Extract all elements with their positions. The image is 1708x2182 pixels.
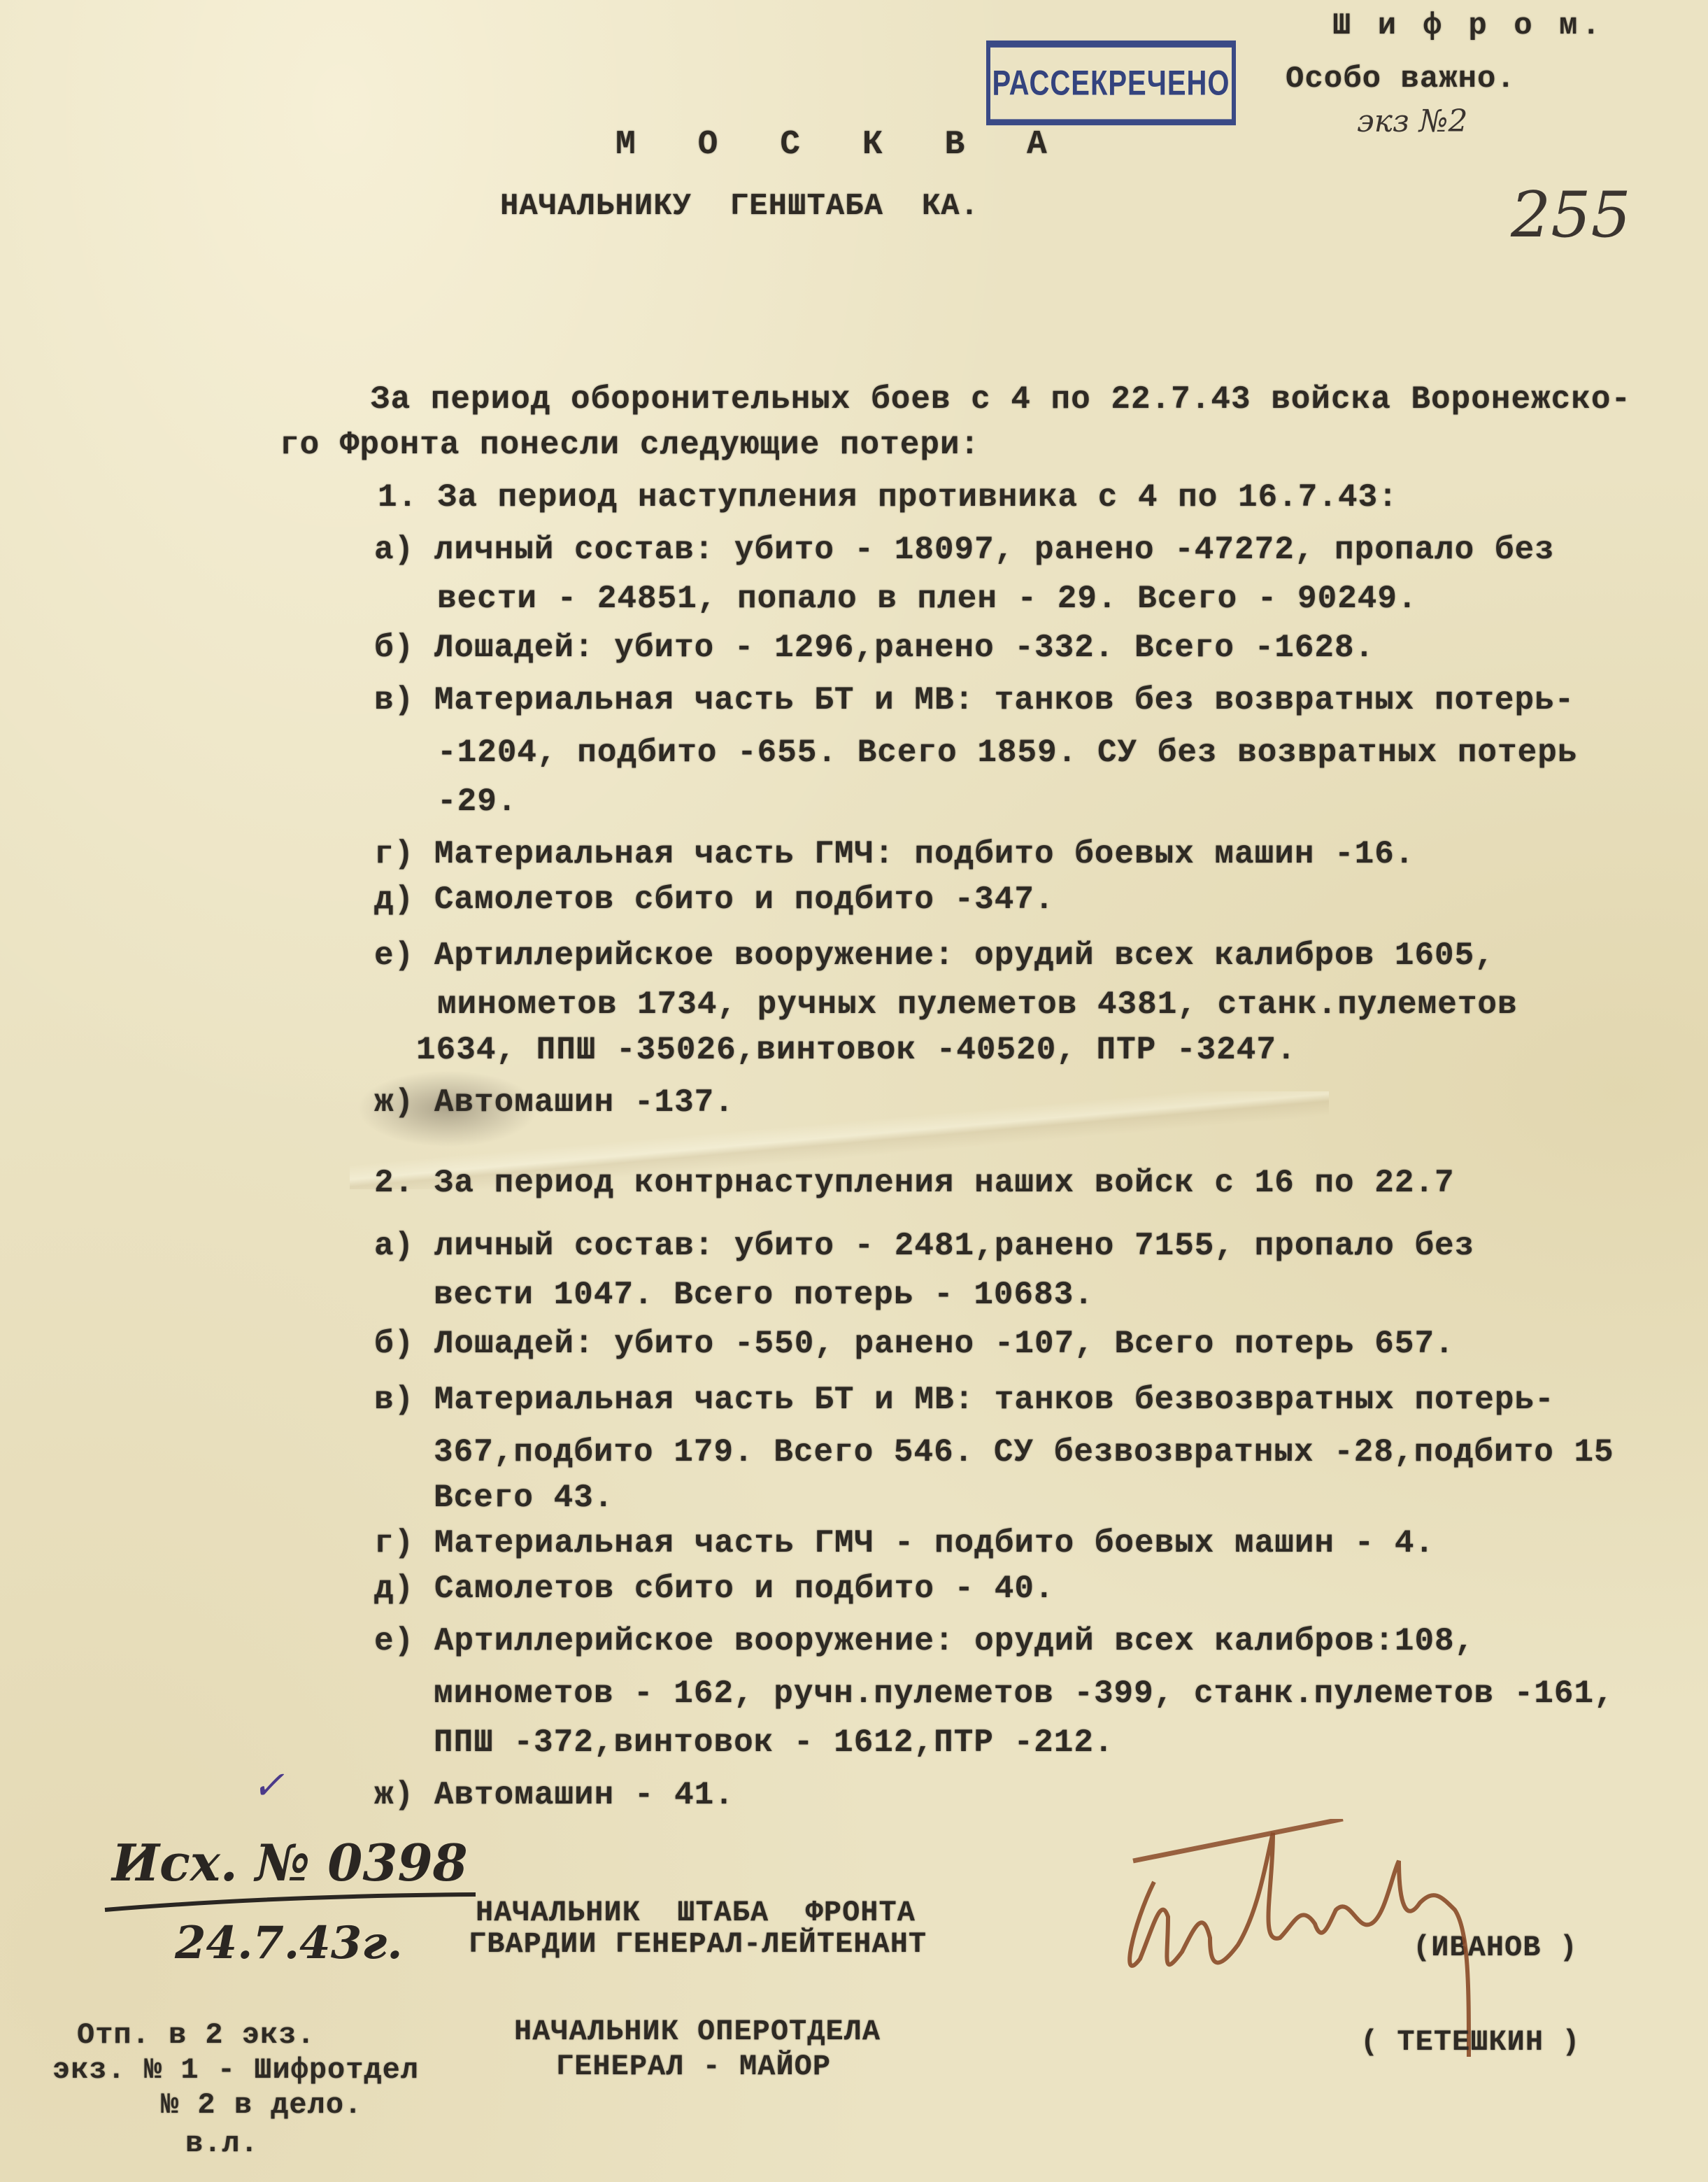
- s1-item-f-cont-2: 1634, ППШ -35026,винтовок -40520, ПТР -3…: [416, 1032, 1297, 1068]
- signer-1-title-1: НАЧАЛЬНИК ШТАБА ФРОНТА: [476, 1896, 916, 1929]
- signer-2-name: ( ТЕТЕШКИН ): [1360, 2025, 1580, 2059]
- signer-1-title-2: ГВАРДИИ ГЕНЕРАЛ-ЛЕЙТЕНАНТ: [469, 1927, 927, 1961]
- s2-item-f-cont-1: минометов - 162, ручн.пулеметов -399, ст…: [434, 1676, 1614, 1712]
- intro-line-1: За период оборонительных боев с 4 по 22.…: [371, 381, 1631, 418]
- classification-importance: Особо важно.: [1286, 62, 1516, 97]
- s2-item-d: г) Материальная часть ГМЧ - подбито боев…: [374, 1525, 1435, 1561]
- distribution-line-4: в.л.: [185, 2127, 259, 2160]
- s2-item-c: в) Материальная часть БТ и МВ: танков бе…: [374, 1382, 1555, 1418]
- signer-2-title-1: НАЧАЛЬНИК ОПЕРОТДЕЛА: [514, 2015, 881, 2048]
- copy-note: экз №2: [1357, 104, 1468, 139]
- s2-item-c-cont-2: Всего 43.: [434, 1480, 613, 1516]
- city-heading: М О С К В А: [615, 126, 1068, 164]
- s2-item-f: е) Артиллерийское вооружение: орудий все…: [374, 1623, 1474, 1659]
- s2-item-c-cont-1: 367,подбито 179. Всего 546. СУ безвозвра…: [434, 1434, 1614, 1471]
- stamp-text: РАССЕКРЕЧЕНО: [992, 64, 1230, 103]
- outgoing-number: Исх. № 0398: [112, 1833, 468, 1892]
- recipient-heading: НАЧАЛЬНИКУ ГЕНШТАБА КА.: [500, 189, 979, 224]
- s2-item-a-cont: вести 1047. Всего потерь - 10683.: [434, 1277, 1094, 1313]
- s1-item-f-cont-1: минометов 1734, ручных пулеметов 4381, с…: [437, 986, 1518, 1023]
- outgoing-date: 24.7.43г.: [175, 1917, 403, 1969]
- s1-item-a-cont: вести - 24851, попало в плен - 29. Всего…: [437, 581, 1418, 617]
- section-2-title: 2. За период контрнаступления наших войс…: [374, 1165, 1455, 1201]
- classification-cipher: Ш и ф р о м.: [1332, 8, 1604, 43]
- s2-item-f-cont-2: ППШ -372,винтовок - 1612,ПТР -212.: [434, 1724, 1114, 1761]
- s1-item-d: г) Материальная часть ГМЧ: подбито боевы…: [374, 836, 1414, 872]
- s2-item-b: б) Лошадей: убито -550, ранено -107, Все…: [374, 1326, 1455, 1362]
- s2-item-e: д) Самолетов сбито и подбито - 40.: [374, 1571, 1055, 1607]
- underline-stroke: [98, 1889, 490, 1917]
- declassified-stamp: РАССЕКРЕЧЕНО: [986, 41, 1236, 125]
- s1-item-c-cont-1: -1204, подбито -655. Всего 1859. СУ без …: [437, 735, 1577, 771]
- s1-item-f: е) Артиллерийское вооружение: орудий все…: [374, 937, 1495, 974]
- distribution-line-3: № 2 в дело.: [161, 2088, 362, 2122]
- s1-item-b: б) Лошадей: убито - 1296,ранено -332. Вс…: [374, 630, 1374, 666]
- intro-line-2: го Фронта понесли следующие потери:: [280, 427, 980, 463]
- sheet-number: 255: [1511, 178, 1631, 252]
- signer-2-title-2: ГЕНЕРАЛ - МАЙОР: [556, 2050, 831, 2083]
- s2-item-a: а) личный состав: убито - 2481,ранено 71…: [374, 1228, 1474, 1264]
- s2-item-g: ж) Автомашин - 41.: [374, 1777, 734, 1813]
- s1-item-c: в) Материальная часть БТ и МВ: танков бе…: [374, 682, 1574, 718]
- section-1-title: 1. За период наступления противника с 4 …: [378, 479, 1398, 516]
- s1-item-e: д) Самолетов сбито и подбито -347.: [374, 881, 1055, 918]
- s1-item-c-cont-2: -29.: [437, 784, 517, 820]
- s1-item-a: а) личный состав: убито - 18097, ранено …: [374, 532, 1555, 568]
- distribution-line-1: Отп. в 2 экз.: [77, 2018, 315, 2052]
- distribution-line-2: экз. № 1 - Шифротдел: [52, 2053, 419, 2087]
- check-mark: ✓: [252, 1763, 285, 1808]
